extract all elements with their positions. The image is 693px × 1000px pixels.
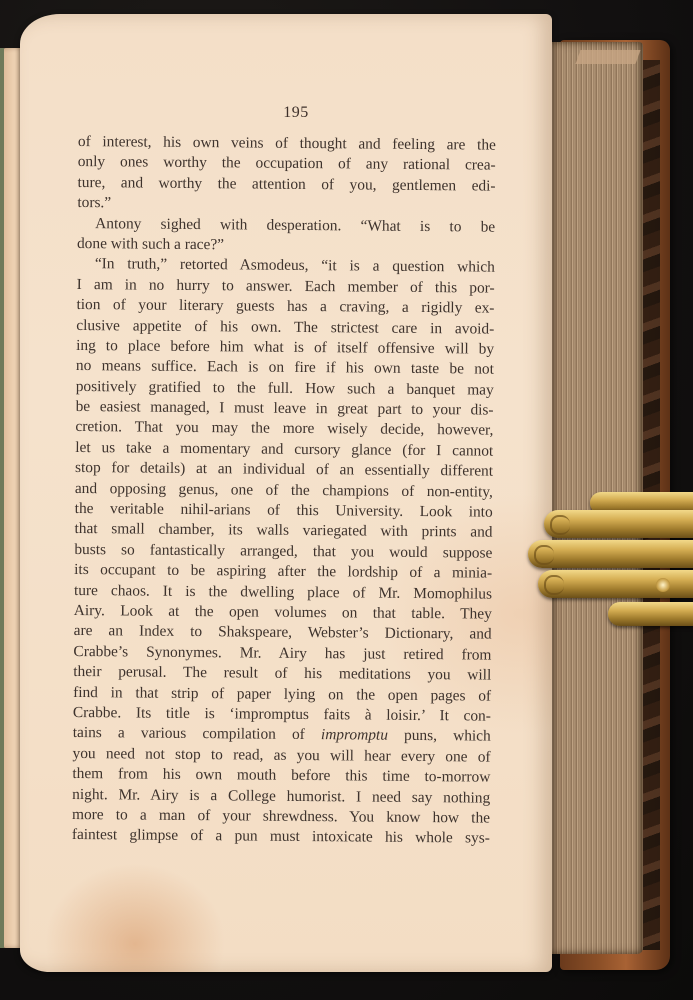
cloth-binding-edge [0, 48, 4, 948]
page-text: of interest, his own veins of thought an… [72, 132, 496, 849]
text-segment: tains a various compilation of [73, 724, 321, 743]
text-line: faintest glimpse of a pun must intoxicat… [72, 825, 490, 849]
fingernail [534, 545, 554, 565]
text-segment: puns, which [388, 727, 491, 745]
fingernail [544, 575, 564, 595]
brass-finger-ring [528, 540, 693, 568]
fingernail [550, 515, 570, 535]
brass-ring-ornament [656, 578, 670, 592]
brass-thumb [608, 602, 693, 626]
brass-hand-page-clip [528, 488, 693, 633]
page-number: 195 [276, 104, 316, 122]
italic-word: impromptu [321, 726, 388, 744]
text-line: ture, and worthy the attention of you, g… [77, 173, 495, 197]
brass-finger-middle [544, 510, 693, 538]
book-page: 195 of interest, his own veins of though… [20, 14, 552, 972]
page-edge-flap [575, 50, 640, 64]
